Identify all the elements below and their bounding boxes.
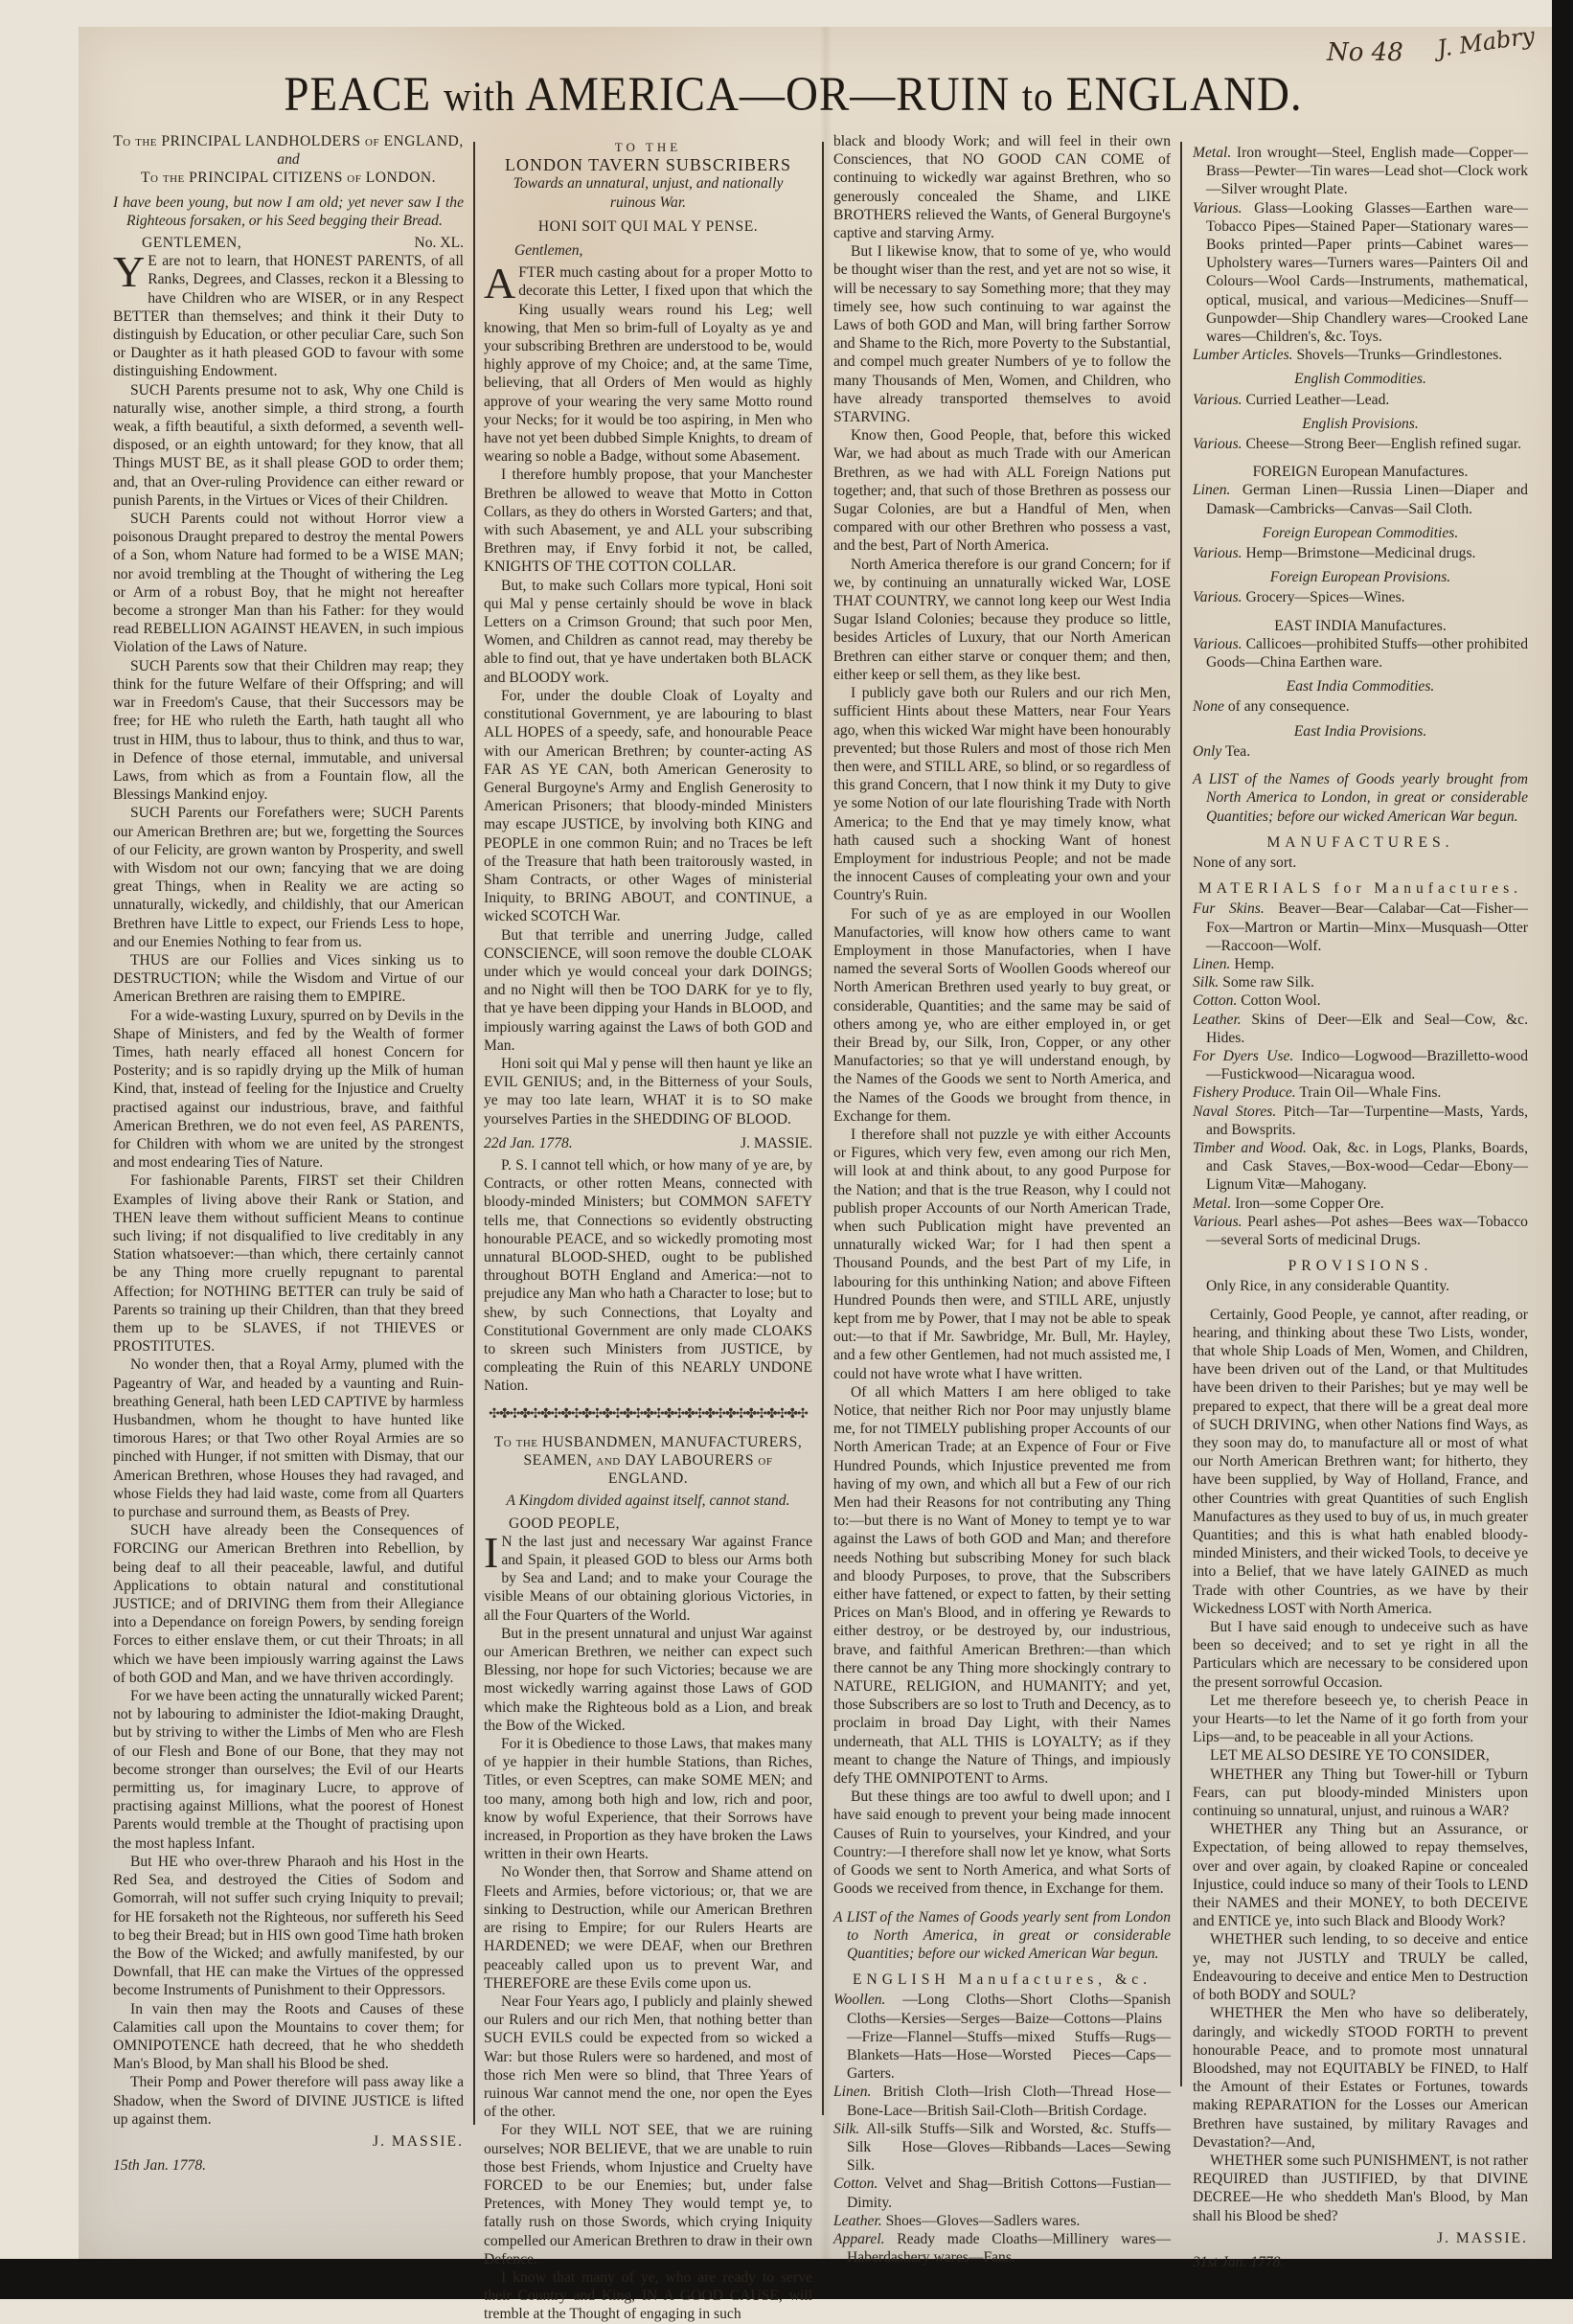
date: 31st Jan. 1778.: [1193, 2253, 1528, 2271]
paragraph: I publicly gave both our Rulers and our …: [833, 684, 1171, 904]
paragraph: WHETHER such lending, to so deceive and …: [1193, 1930, 1528, 2004]
goods-entry: Linen. Hemp.: [1193, 955, 1528, 973]
title-word: to: [1022, 73, 1054, 120]
goods-label: Linen.: [1193, 956, 1230, 972]
goods-items: Cheese—Strong Beer—English refined sugar…: [1245, 436, 1521, 452]
goods-label: Various.: [1193, 392, 1242, 408]
paragraph: WHETHER the Men who have so deliberately…: [1193, 2004, 1528, 2152]
column-3-continuation: black and bloody Work; and will feel in …: [833, 132, 1171, 2267]
goods-label: Various.: [1193, 545, 1242, 561]
paragraph: N the last just and necessary War agains…: [484, 1534, 812, 1624]
goods-items: Skins of Deer—Elk and Seal—Cow, &c. Hide…: [1206, 1012, 1528, 1046]
paragraph: In vain then may the Roots and Causes of…: [113, 2000, 464, 2074]
column-rule: [1180, 142, 1182, 2086]
paragraph: SUCH Parents sow that their Children may…: [113, 657, 464, 805]
goods-entry: Silk. All-silk Stuffs—Silk and Worsted, …: [833, 2120, 1171, 2176]
list-heading: A LIST of the Names of Goods yearly sent…: [833, 1908, 1171, 1964]
drop-cap: I: [484, 1535, 501, 1571]
paragraph: Their Pomp and Power therefore will pass…: [113, 2073, 464, 2129]
salutation: GENTLEMEN,: [142, 234, 241, 252]
goods-label: Cotton.: [1193, 992, 1237, 1009]
goods-items: Hemp.: [1234, 956, 1274, 972]
to-the-label: TO THE: [484, 138, 812, 156]
goods-entry: Only Tea.: [1193, 742, 1528, 761]
paragraph: WHETHER any Thing but Tower-hill or Tybu…: [1193, 1766, 1528, 1821]
goods-items: Cotton Wool.: [1241, 992, 1320, 1009]
title-word: ENGLAND.: [1066, 68, 1303, 122]
paragraph: Let me therefore beseech ye, to cherish …: [1193, 1692, 1528, 1747]
paragraph: For fashionable Parents, FIRST set their…: [113, 1172, 464, 1356]
goods-label: Metal.: [1193, 1196, 1231, 1212]
goods-entry: Cotton. Velvet and Shag—British Cottons—…: [833, 2175, 1171, 2211]
goods-items: Hemp—Brimstone—Medicinal drugs.: [1245, 545, 1475, 561]
goods-items: Shovels—Trunks—Grindlestones.: [1296, 347, 1502, 363]
signature: J. MASSIE.: [113, 2132, 464, 2151]
address-line: To the HUSBANDMEN, MANUFACTURERS,: [484, 1433, 812, 1451]
goods-label: None: [1193, 698, 1224, 715]
goods-label: Apparel.: [833, 2231, 885, 2247]
background-edge-right: [1552, 0, 1573, 2299]
paragraph: For a wide-wasting Luxury, spurred on by…: [113, 1007, 464, 1173]
paragraph: But, to make such Collars more typical, …: [484, 577, 812, 687]
goods-items: Train Oil—Whale Fins.: [1299, 1084, 1441, 1101]
goods-items: Velvet and Shag—British Cottons—Fustian—…: [847, 2176, 1171, 2210]
title-word: with: [444, 73, 515, 120]
paragraph: But in the present unnatural and unjust …: [484, 1625, 812, 1735]
letter-number: No. XL.: [414, 234, 464, 252]
date: 22d Jan. 1778.: [484, 1134, 573, 1152]
goods-label: Fishery Produce.: [1193, 1084, 1296, 1101]
section-heading: MATERIALS for Manufactures.: [1193, 879, 1528, 898]
goods-label: Timber and Wood.: [1193, 1140, 1307, 1156]
page-title: PEACE with AMERICA—OR—RUIN to ENGLAND.: [113, 67, 1473, 123]
provisions-text: Only Rice, in any considerable Quantity.: [1193, 1277, 1528, 1295]
address-line: SEAMEN, and DAY LABOURERS of ENGLAND.: [484, 1451, 812, 1488]
goods-entry: Fishery Produce. Train Oil—Whale Fins.: [1193, 1083, 1528, 1102]
title-word: PEACE: [284, 68, 431, 122]
goods-label: Metal.: [1193, 145, 1231, 161]
salutation: GOOD PEOPLE,: [484, 1515, 812, 1533]
epigraph: A Kingdom divided against itself, cannot…: [484, 1492, 812, 1510]
goods-entry: Metal. Iron wrought—Steel, English made—…: [1193, 144, 1528, 199]
goods-items: All-silk Stuffs—Silk and Worsted, &c. St…: [847, 2121, 1171, 2174]
subsection-heading: Foreign European Provisions.: [1193, 568, 1528, 586]
paragraph: WHETHER some such PUNISHMENT, is not rat…: [1193, 2152, 1528, 2225]
paragraph: For it is Obedience to those Laws, that …: [484, 1735, 812, 1863]
goods-entry: Linen. British Cloth—Irish Cloth—Thread …: [833, 2083, 1171, 2119]
goods-entry: Naval Stores. Pitch—Tar—Turpentine—Masts…: [1193, 1103, 1528, 1139]
paragraph: THUS are our Follies and Vices sinking u…: [113, 951, 464, 1007]
goods-entry: For Dyers Use. Indico—Logwood—Brazillett…: [1193, 1047, 1528, 1083]
goods-items: Ready made Cloaths—Millinery wares—Haber…: [847, 2231, 1171, 2266]
goods-entry: Leather. Skins of Deer—Elk and Seal—Cow,…: [1193, 1011, 1528, 1047]
section-heading: PROVISIONS.: [1193, 1257, 1528, 1275]
paragraph: For we have been acting the unnaturally …: [113, 1687, 464, 1853]
section-heading: FOREIGN European Manufactures.: [1193, 463, 1528, 481]
goods-entry: Woollen. —Long Cloths—Short Cloths—Spani…: [833, 1991, 1171, 2083]
goods-label: Various.: [1193, 436, 1242, 452]
goods-label: Various.: [1193, 200, 1242, 216]
goods-entry: Linen. German Linen—Russia Linen—Diaper …: [1193, 481, 1528, 517]
column-4-goods-lists: Metal. Iron wrought—Steel, English made—…: [1193, 144, 1528, 2271]
signature: J. MASSIE.: [741, 1134, 812, 1152]
goods-label: Woollen.: [833, 1992, 885, 2008]
goods-label: Various.: [1193, 589, 1242, 605]
goods-items: Tea.: [1225, 743, 1250, 760]
paragraph: No Wonder then, that Sorrow and Shame at…: [484, 1863, 812, 1992]
section-heading: MANUFACTURES.: [1193, 833, 1528, 852]
drop-cap: Y: [113, 254, 148, 290]
goods-items: Shoes—Gloves—Sadlers wares.: [886, 2213, 1081, 2229]
list-heading: A LIST of the Names of Goods yearly brou…: [1193, 770, 1528, 826]
ornamental-divider: ✣✤✣✤✣✤✣✤✣✤✣✤✣✤✣✤✣✤✣✤✣✤✣✤✣✤✣✤✣✤✣: [484, 1405, 812, 1424]
paragraph: Know then, Good People, that, before thi…: [833, 426, 1171, 555]
title-word: RUIN: [896, 68, 1010, 122]
goods-entry: Various. Glass—Looking Glasses—Earthen w…: [1193, 199, 1528, 347]
column-2-letter-to-tavern-subscribers: TO THE LONDON TAVERN SUBSCRIBERS Towards…: [484, 132, 812, 2299]
column-1-letter-to-landholders: To the PRINCIPAL LANDHOLDERS of ENGLAND,…: [113, 132, 464, 2175]
goods-label: Silk.: [833, 2121, 859, 2137]
paragraph: I therefore humbly propose, that your Ma…: [484, 466, 812, 576]
epigraph: I have been young, but now I am old; yet…: [113, 194, 464, 230]
title-word: AMERICA: [525, 68, 740, 122]
paragraph: But I have said enough to undeceive such…: [1193, 1618, 1528, 1692]
paragraph: FTER much casting about for a proper Mot…: [484, 264, 812, 465]
goods-label: Leather.: [1193, 1012, 1242, 1028]
paragraph: Honi soit qui Mal y pense will then haun…: [484, 1055, 812, 1128]
paragraph: But I likewise know, that to some of ye,…: [833, 242, 1171, 426]
goods-items: Callicoes—prohibited Stuffs—other prohib…: [1206, 636, 1528, 671]
paragraph: I therefore shall not puzzle ye with eit…: [833, 1126, 1171, 1383]
column-rule: [822, 142, 824, 2115]
subsection-heading: East India Provisions.: [1193, 722, 1528, 740]
paragraph: SUCH Parents could not without Horror vi…: [113, 510, 464, 657]
goods-label: Silk.: [1193, 974, 1219, 991]
paragraph: For, under the double Cloak of Loyalty a…: [484, 687, 812, 926]
goods-label: For Dyers Use.: [1193, 1048, 1293, 1064]
goods-items: Some raw Silk.: [1222, 974, 1314, 991]
subsection-heading: Foreign European Commodities.: [1193, 524, 1528, 542]
goods-label: Fur Skins.: [1193, 900, 1265, 917]
paragraph: No wonder then, that a Royal Army, plume…: [113, 1356, 464, 1521]
goods-entry: Cotton. Cotton Wool.: [1193, 991, 1528, 1010]
goods-label: Naval Stores.: [1193, 1104, 1276, 1120]
goods-entry: Timber and Wood. Oak, &c. in Logs, Plank…: [1193, 1139, 1528, 1195]
goods-items: Iron—some Copper Ore.: [1235, 1196, 1383, 1212]
goods-entry: Metal. Iron—some Copper Ore.: [1193, 1195, 1528, 1213]
signature: J. MASSIE.: [1193, 2229, 1528, 2247]
goods-entry: Various. Curried Leather—Lead.: [1193, 391, 1528, 409]
goods-items: Pearl ashes—Pot ashes—Bees wax—Tobacco—s…: [1206, 1214, 1528, 1248]
goods-items: Grocery—Spices—Wines.: [1245, 589, 1404, 605]
goods-label: Linen.: [833, 2084, 871, 2100]
address-line: To the PRINCIPAL LANDHOLDERS of ENGLAND,: [113, 132, 464, 150]
paragraph: LET ME ALSO DESIRE YE TO CONSIDER,: [1193, 1746, 1528, 1765]
goods-label: Only: [1193, 743, 1221, 760]
goods-label: Various.: [1193, 1214, 1242, 1230]
paragraph: For they WILL NOT SEE, that we are ruini…: [484, 2121, 812, 2268]
manufactures-text: None of any sort.: [1193, 854, 1528, 872]
column-rule: [473, 142, 475, 2125]
goods-label: Various.: [1193, 636, 1242, 652]
goods-entry: Apparel. Ready made Cloaths—Millinery wa…: [833, 2230, 1171, 2267]
goods-entry: Fur Skins. Beaver—Bear—Calabar—Cat—Fishe…: [1193, 900, 1528, 955]
paragraph: For such of ye as are employed in our Wo…: [833, 905, 1171, 1126]
section-heading: LONDON TAVERN SUBSCRIBERS: [484, 156, 812, 174]
goods-items: —Long Cloths—Short Cloths—Spanish Cloths…: [847, 1992, 1171, 2082]
goods-entry: Leather. Shoes—Gloves—Sadlers wares.: [833, 2212, 1171, 2230]
drop-cap: A: [484, 265, 518, 302]
paragraph: Certainly, Good People, ye cannot, after…: [1193, 1306, 1528, 1618]
postscript: P. S. I cannot tell which, or how many o…: [484, 1156, 812, 1396]
goods-items: Glass—Looking Glasses—Earthen ware—Tobac…: [1206, 200, 1528, 345]
goods-entry: Various. Grocery—Spices—Wines.: [1193, 588, 1528, 606]
section-heading: ENGLISH Manufactures, &c.: [833, 1971, 1171, 1989]
goods-entry: Silk. Some raw Silk.: [1193, 973, 1528, 991]
goods-entry: Various. Cheese—Strong Beer—English refi…: [1193, 435, 1528, 453]
paragraph: SUCH Parents our Forefathers were; SUCH …: [113, 804, 464, 951]
section-heading: EAST INDIA Manufactures.: [1193, 617, 1528, 635]
goods-items: British Cloth—Irish Cloth—Thread Hose—Bo…: [847, 2084, 1171, 2118]
goods-label: Lumber Articles.: [1193, 347, 1293, 363]
goods-items: of any consequence.: [1228, 698, 1350, 715]
goods-entry: Various. Hemp—Brimstone—Medicinal drugs.: [1193, 544, 1528, 562]
paragraph: North America therefore is our grand Con…: [833, 556, 1171, 684]
goods-entry: Various. Pearl ashes—Pot ashes—Bees wax—…: [1193, 1213, 1528, 1249]
paragraph: black and bloody Work; and will feel in …: [833, 132, 1171, 242]
paragraph: Near Four Years ago, I publicly and plai…: [484, 1993, 812, 2121]
handwritten-number: No 48: [1327, 38, 1403, 67]
goods-label: Cotton.: [833, 2176, 878, 2192]
paragraph: But HE who over-threw Pharaoh and his Ho…: [113, 1853, 464, 2000]
paragraph: SUCH Parents presume not to ask, Why one…: [113, 381, 464, 510]
address-line: To the PRINCIPAL CITIZENS of LONDON.: [113, 169, 464, 187]
subheading: Towards an unnatural, unjust, and nation…: [484, 174, 812, 211]
goods-entry: Various. Callicoes—prohibited Stuffs—oth…: [1193, 635, 1528, 672]
paragraph: Of all which Matters I am here obliged t…: [833, 1383, 1171, 1788]
goods-entry: None of any consequence.: [1193, 697, 1528, 716]
goods-items: German Linen—Russia Linen—Diaper and Dam…: [1206, 482, 1528, 516]
date: 15th Jan. 1778.: [113, 2156, 464, 2175]
title-word: —OR—: [740, 68, 896, 122]
paragraph: I know that many of ye, who are ready to…: [484, 2268, 812, 2299]
goods-entry: Lumber Articles. Shovels—Trunks—Grindles…: [1193, 346, 1528, 364]
goods-label: Linen.: [1193, 482, 1230, 498]
paragraph: WHETHER any Thing but an Assurance, or E…: [1193, 1820, 1528, 1930]
subsection-heading: East India Commodities.: [1193, 677, 1528, 695]
subsection-heading: English Provisions.: [1193, 415, 1528, 433]
goods-label: Leather.: [833, 2213, 882, 2229]
salutation: Gentlemen,: [484, 241, 812, 260]
paragraph: E are not to learn, that HONEST PARENTS,…: [113, 253, 464, 379]
paragraph: SUCH have already been the Consequences …: [113, 1521, 464, 1687]
subsection-heading: English Commodities.: [1193, 370, 1528, 388]
address-and: and: [113, 150, 464, 169]
goods-items: Iron wrought—Steel, English made—Copper—…: [1206, 145, 1528, 197]
paragraph: But these things are too awful to dwell …: [833, 1788, 1171, 1898]
motto: HONI SOIT QUI MAL Y PENSE.: [484, 217, 812, 236]
goods-items: Curried Leather—Lead.: [1245, 392, 1389, 408]
paragraph: But that terrible and unerring Judge, ca…: [484, 926, 812, 1055]
